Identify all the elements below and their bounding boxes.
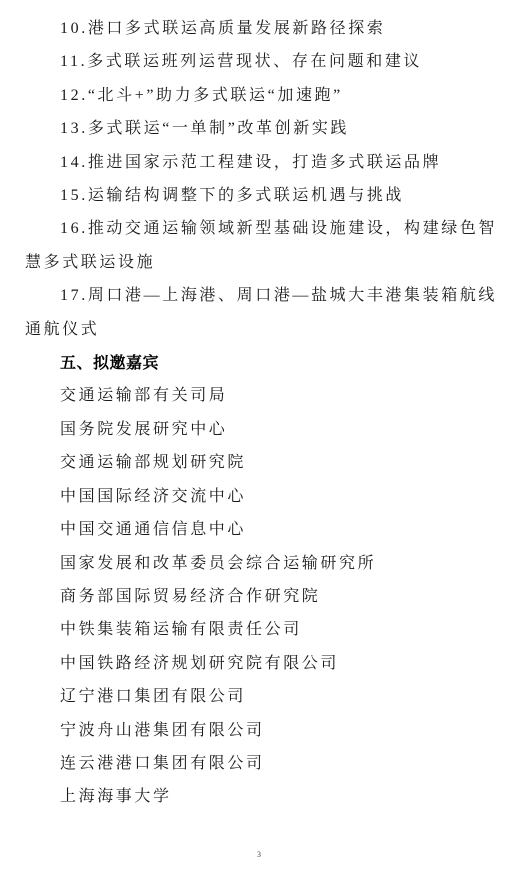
guest-item: 国家发展和改革委员会综合运输研究所 [25,547,499,580]
agenda-item-number: 16. [60,220,88,237]
agenda-item-16: 16.推动交通运输领域新型基础设施建设，构建绿色智 慧多式联运设施 [25,212,499,279]
agenda-item-11: 11.多式联运班列运营现状、存在问题和建议 [25,45,499,78]
agenda-item-number: 17. [60,287,88,304]
agenda-item-15: 15.运输结构调整下的多式联运机遇与挑战 [25,179,499,212]
agenda-item-10: 10.港口多式联运高质量发展新路径探索 [25,12,499,45]
guest-item: 中国交通通信信息中心 [25,513,499,546]
agenda-item-number: 12. [60,87,88,104]
agenda-item-number: 10. [60,20,88,37]
guest-item: 中铁集装箱运输有限责任公司 [25,613,499,646]
guest-item: 交通运输部有关司局 [25,379,499,412]
agenda-item-14: 14.推进国家示范工程建设，打造多式联运品牌 [25,146,499,179]
agenda-item-number: 14. [60,154,88,171]
agenda-item-12: 12.“北斗+”助力多式联运“加速跑” [25,79,499,112]
guest-item: 连云港港口集团有限公司 [25,747,499,780]
agenda-item-continuation: 通航仪式 [25,313,499,346]
agenda-item-text: 多式联运班列运营现状、存在问题和建议 [87,53,422,70]
guest-list: 交通运输部有关司局 国务院发展研究中心 交通运输部规划研究院 中国国际经济交流中… [25,379,499,813]
agenda-item-text: 港口多式联运高质量发展新路径探索 [88,20,386,37]
agenda-item-text: 推动交通运输领域新型基础设施建设，构建绿色智 [88,220,497,237]
guest-item: 国务院发展研究中心 [25,413,499,446]
agenda-item-text: “北斗+”助力多式联运“加速跑” [88,87,343,104]
guest-item: 中国国际经济交流中心 [25,480,499,513]
agenda-item-text: 多式联运“一单制”改革创新实践 [88,120,349,137]
agenda-item-number: 15. [60,187,88,204]
document-page: 10.港口多式联运高质量发展新路径探索 11.多式联运班列运营现状、存在问题和建… [0,0,522,875]
agenda-item-text: 周口港—上海港、周口港—盐城大丰港集装箱航线 [88,287,497,304]
agenda-item-continuation: 慧多式联运设施 [25,246,499,279]
page-number: 3 [257,850,261,859]
agenda-item-number: 13. [60,120,88,137]
agenda-item-number: 11. [60,53,87,70]
section-heading-invited-guests: 五、拟邀嘉宾 [25,346,499,379]
guest-item: 商务部国际贸易经济合作研究院 [25,580,499,613]
guest-item: 上海海事大学 [25,780,499,813]
guest-item: 辽宁港口集团有限公司 [25,680,499,713]
agenda-item-text: 运输结构调整下的多式联运机遇与挑战 [88,187,404,204]
guest-item: 中国铁路经济规划研究院有限公司 [25,647,499,680]
guest-item: 交通运输部规划研究院 [25,446,499,479]
agenda-item-text: 推进国家示范工程建设，打造多式联运品牌 [88,154,441,171]
guest-item: 宁波舟山港集团有限公司 [25,714,499,747]
agenda-item-13: 13.多式联运“一单制”改革创新实践 [25,112,499,145]
page-content: 10.港口多式联运高质量发展新路径探索 11.多式联运班列运营现状、存在问题和建… [25,12,499,814]
agenda-item-17: 17.周口港—上海港、周口港—盐城大丰港集装箱航线 通航仪式 [25,279,499,346]
